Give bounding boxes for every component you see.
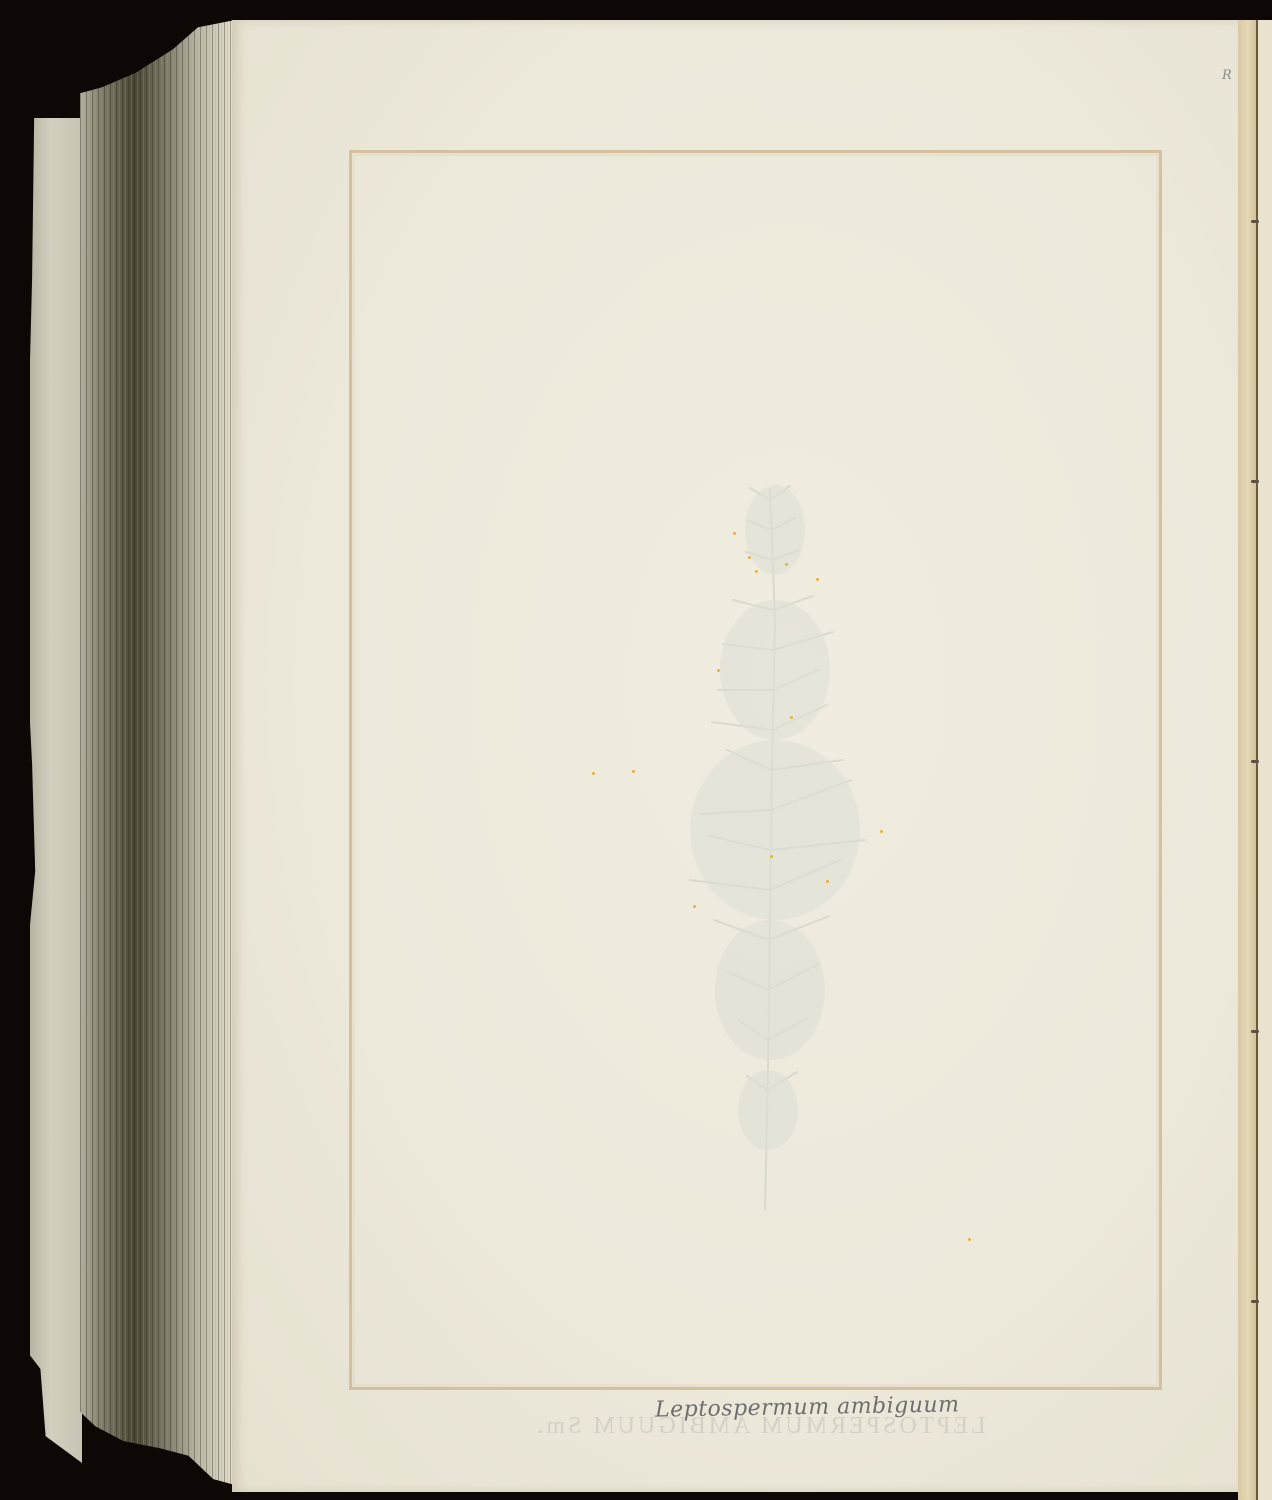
corner-pencil-mark: R (1222, 68, 1232, 83)
pollen-speck (790, 716, 793, 719)
pollen-speck (826, 880, 829, 883)
binding-stitch (1251, 220, 1259, 223)
pollen-speck (785, 563, 788, 566)
handwritten-caption: Leptospermum ambiguum (655, 1392, 960, 1422)
pollen-speck (770, 855, 773, 858)
plant-sprig-illustration (680, 470, 940, 1210)
pollen-speck (733, 532, 736, 535)
pollen-speck (693, 905, 696, 908)
pollen-speck (592, 772, 595, 775)
binding-stitch (1251, 1300, 1259, 1303)
next-page-edge (1258, 20, 1272, 1500)
page-block-edge (80, 20, 235, 1485)
binding-stitch (1251, 760, 1259, 763)
book-scan: LEPTOSPERMUM AMBIGUUM Sm. Leptospermum a… (0, 0, 1272, 1500)
loose-fly-leaves (30, 118, 82, 1463)
pollen-speck (755, 570, 758, 573)
pollen-speck (632, 770, 635, 773)
pollen-speck (816, 578, 819, 581)
pollen-speck (880, 830, 883, 833)
pollen-speck (748, 556, 751, 559)
pollen-speck (968, 1238, 971, 1241)
binding-stitch (1251, 1030, 1259, 1033)
pollen-speck (717, 669, 720, 672)
binding-stitch (1251, 480, 1259, 483)
